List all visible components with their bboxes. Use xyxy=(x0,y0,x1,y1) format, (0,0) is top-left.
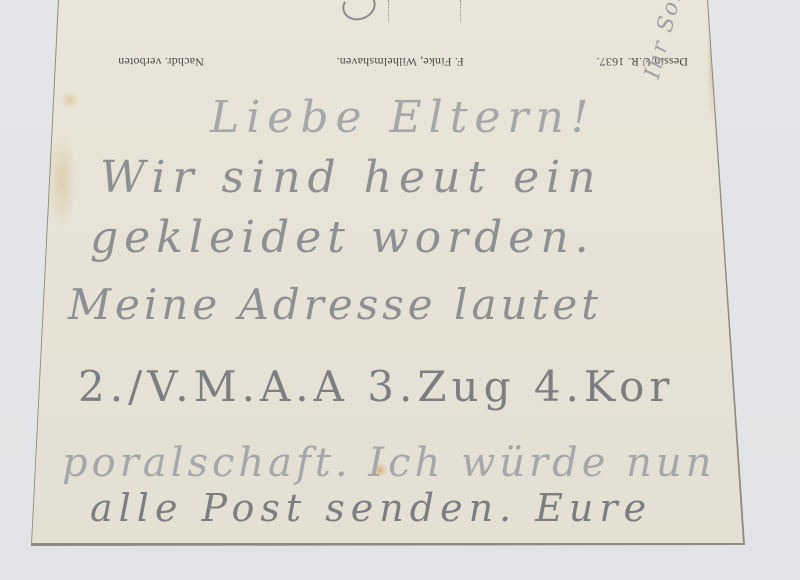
handwritten-line-7: alle Post senden. Eure xyxy=(90,486,652,530)
handwritten-line-6: poralschaft. Ich würde nun xyxy=(62,440,715,486)
handwritten-line-4: Meine Adresse lautet xyxy=(68,280,602,329)
handwritten-line-5-address: 2./V.M.A.A 3.Zug 4.Kor xyxy=(78,362,675,411)
postcard: Dessin U.R. 1637. F. Finke, Wilhelmshave… xyxy=(0,0,800,580)
imprint-copyright: Nachdr. verboten xyxy=(118,55,204,70)
pencil-loop-mark xyxy=(338,0,380,25)
imprint-publisher: F. Finke, Wilhelmshaven. xyxy=(336,55,463,70)
handwritten-line-2: Wir sind heut ein xyxy=(100,152,603,203)
handwritten-line-1: Liebe Eltern! xyxy=(210,92,596,143)
dotted-divider-right xyxy=(460,0,461,22)
publisher-imprint: Dessin U.R. 1637. F. Finke, Wilhelmshave… xyxy=(118,54,688,70)
handwritten-line-3: gekleidet worden. xyxy=(90,212,595,263)
dotted-divider-left xyxy=(388,0,389,22)
